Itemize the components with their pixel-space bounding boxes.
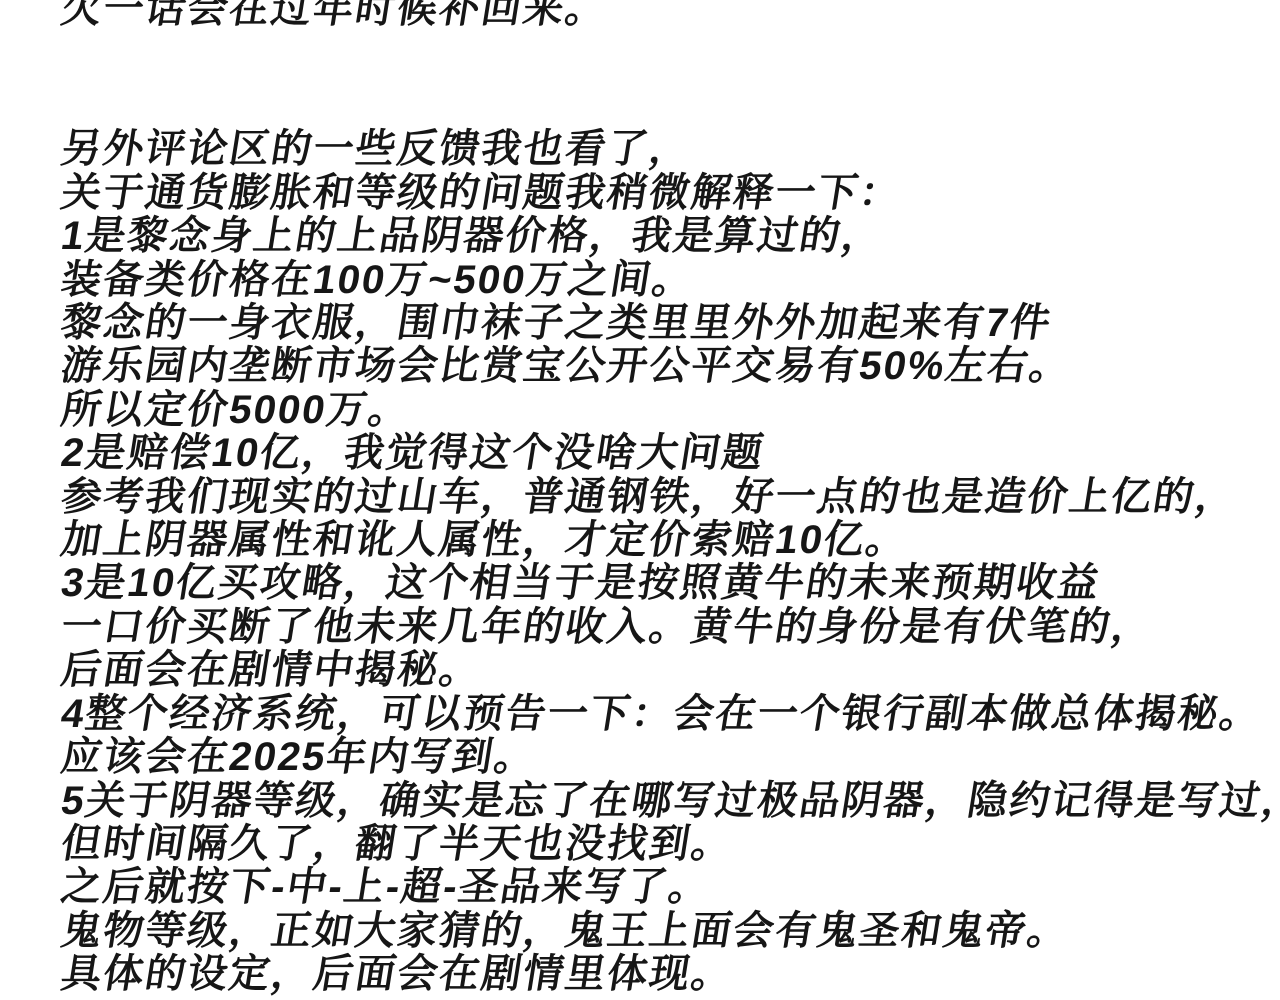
note-line-2: 关于通货膨胀和等级的问题我稍微解释一下： <box>58 172 1280 215</box>
note-line-16: 5关于阴器等级，确实是忘了在哪写过极品阴器，隐约记得是写过， <box>58 780 1280 823</box>
author-note-page: 欠一话会在过年时候补回来。 另外评论区的一些反馈我也看了， 关于通货膨胀和等级的… <box>0 0 1280 1000</box>
note-line-13: 后面会在剧情中揭秘。 <box>58 649 1280 692</box>
note-line-12: 一口价买断了他未来几年的收入。黄牛的身份是有伏笔的， <box>58 606 1280 649</box>
note-line-9: 参考我们现实的过山车，普通钢铁，好一点的也是造价上亿的， <box>58 476 1280 519</box>
note-line-4: 装备类价格在100万~500万之间。 <box>58 259 1280 302</box>
clipped-top-line: 欠一话会在过年时候补回来。 <box>58 0 1280 31</box>
note-line-3: 1是黎念身上的上品阴器价格，我是算过的， <box>58 215 1280 258</box>
note-line-1: 另外评论区的一些反馈我也看了， <box>58 128 1280 171</box>
note-line-18: 之后就按下-中-上-超-圣品来写了。 <box>58 866 1280 909</box>
note-line-14: 4整个经济系统，可以预告一下：会在一个银行副本做总体揭秘。 <box>58 693 1280 736</box>
note-line-5: 黎念的一身衣服，围巾袜子之类里里外外加起来有7件 <box>58 302 1280 345</box>
note-line-11: 3是10亿买攻略，这个相当于是按照黄牛的未来预期收益 <box>58 562 1280 605</box>
note-line-15: 应该会在2025年内写到。 <box>58 736 1280 779</box>
clipped-bottom-line: 具体的设定，后面会在剧情里体现。 <box>58 953 1280 996</box>
note-line-17: 但时间隔久了，翻了半天也没找到。 <box>58 823 1280 866</box>
note-line-10: 加上阴器属性和讹人属性，才定价索赔10亿。 <box>58 519 1280 562</box>
note-line-6: 游乐园内垄断市场会比赏宝公开公平交易有50%左右。 <box>58 345 1280 388</box>
paragraph-gap <box>58 31 1280 128</box>
note-line-8: 2是赔偿10亿，我觉得这个没啥大问题 <box>58 432 1280 475</box>
note-line-7: 所以定价5000万。 <box>58 389 1280 432</box>
note-line-19: 鬼物等级，正如大家猜的，鬼王上面会有鬼圣和鬼帝。 <box>58 910 1280 953</box>
